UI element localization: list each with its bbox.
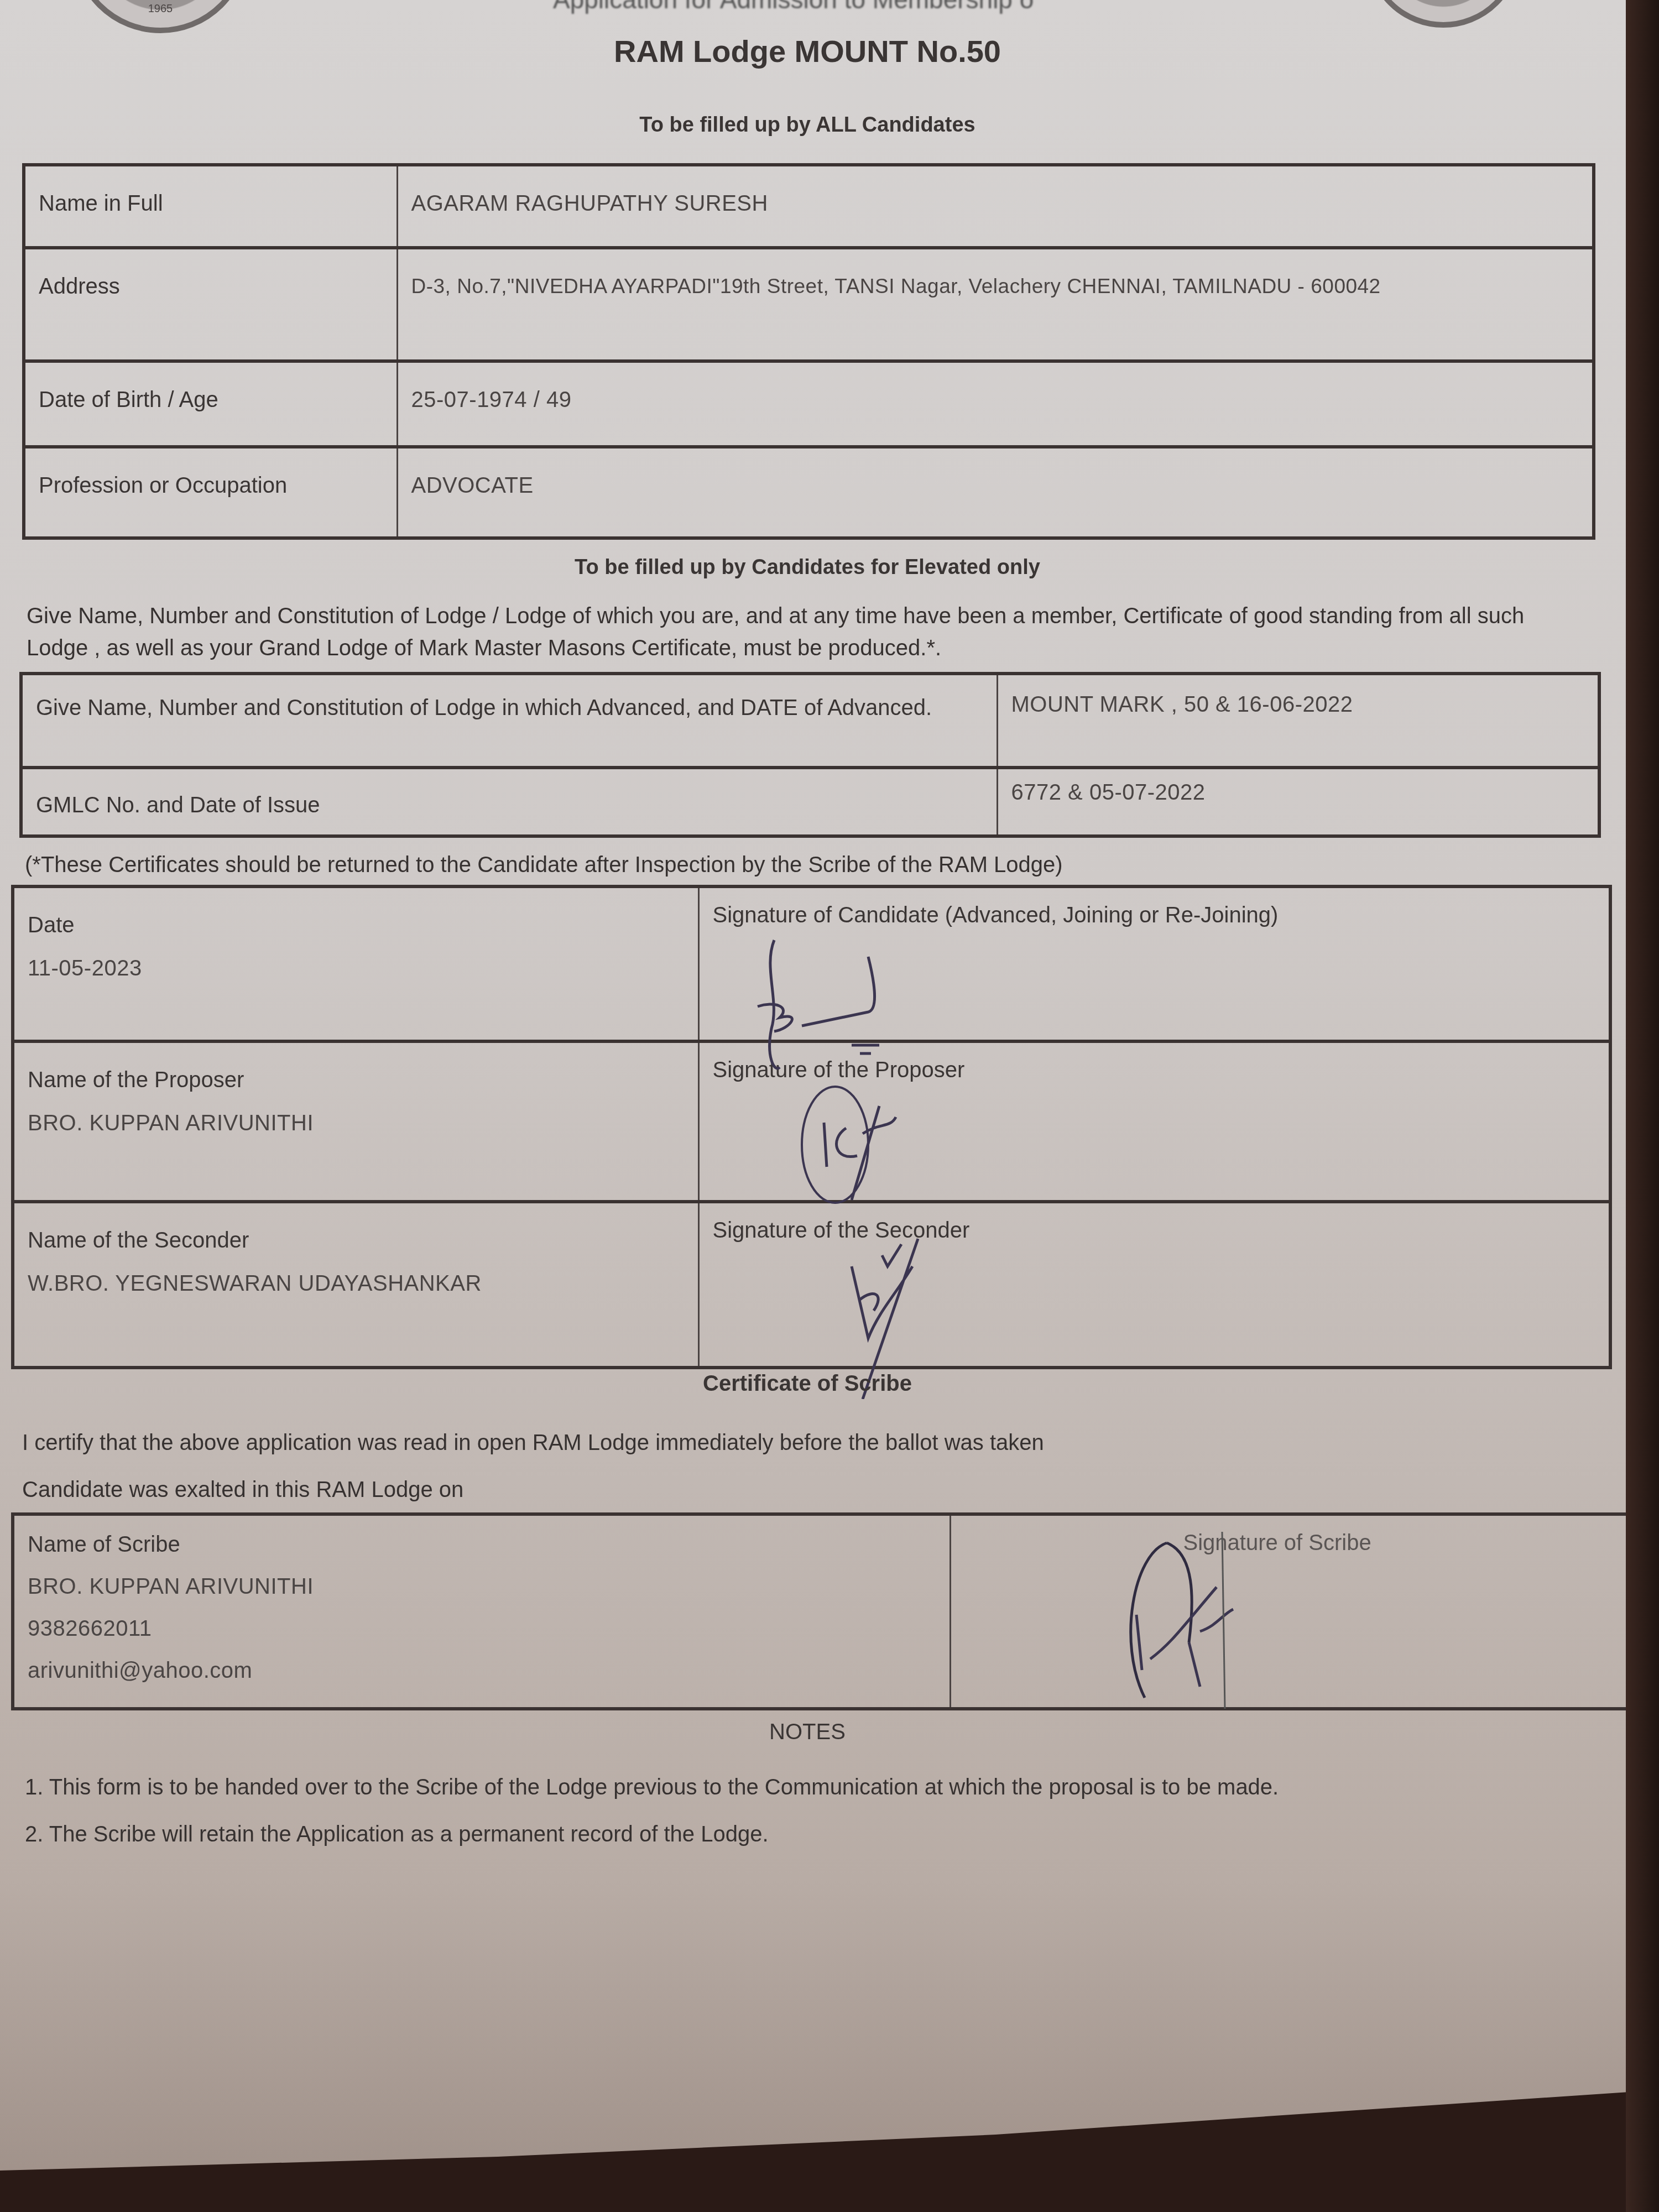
dob-age-value: 25-07-1974 / 49: [397, 361, 1594, 447]
date-cell: Date 11-05-2023: [13, 886, 698, 1041]
table-row: Name of the Proposer BRO. KUPPAN ARIVUNI…: [13, 1041, 1610, 1202]
form-header-partial: Application for Admission to Membership …: [553, 0, 1034, 14]
signatures-table: Date 11-05-2023 Signature of Candidate (…: [11, 885, 1612, 1369]
proposer-cell: Name of the Proposer BRO. KUPPAN ARIVUNI…: [13, 1041, 698, 1202]
field-label: Address: [24, 248, 397, 361]
field-label: Name of the Seconder: [28, 1219, 685, 1262]
address-value: D-3, No.7,"NIVEDHA AYARPADI"19th Street,…: [397, 248, 1594, 361]
scribe-statement-exalted: Candidate was exalted in this RAM Lodge …: [22, 1474, 463, 1506]
date-value: 11-05-2023: [28, 947, 685, 990]
name-in-full-value: AGARAM RAGHUPATHY SURESH: [397, 165, 1594, 248]
field-label: Date of Birth / Age: [24, 361, 397, 447]
scribe-certificate-heading: Certificate of Scribe: [0, 1371, 1615, 1396]
elevated-instructions: Give Name, Number and Constitution of Lo…: [27, 600, 1586, 664]
section-heading-elevated: To be filled up by Candidates for Elevat…: [0, 556, 1615, 580]
field-label: GMLC No. and Date of Issue: [21, 768, 997, 836]
field-label: Give Name, Number and Constitution of Lo…: [21, 674, 997, 768]
table-surface-edge: [1626, 0, 1659, 2212]
field-label: Signature of the Proposer: [713, 1048, 1596, 1092]
elevated-details-table: Give Name, Number and Constitution of Lo…: [19, 672, 1601, 838]
table-row: Date of Birth / Age 25-07-1974 / 49: [24, 361, 1594, 447]
seconder-signature-cell: Signature of the Seconder: [698, 1202, 1610, 1368]
lodge-emblem-left-icon: 1965: [72, 0, 249, 33]
proposer-name-value: BRO. KUPPAN ARIVUNITHI: [28, 1102, 685, 1145]
field-label: Name of Scribe: [28, 1524, 936, 1566]
proposer-signature-cell: Signature of the Proposer: [698, 1041, 1610, 1202]
note-item: 2. The Scribe will retain the Applicatio…: [25, 1822, 769, 1847]
seconder-cell: Name of the Seconder W.BRO. YEGNESWARAN …: [13, 1202, 698, 1368]
note-item: 1. This form is to be handed over to the…: [25, 1775, 1279, 1800]
scribe-name-value: BRO. KUPPAN ARIVUNITHI: [28, 1566, 936, 1608]
scribe-details-cell: Name of Scribe BRO. KUPPAN ARIVUNITHI 93…: [13, 1514, 950, 1709]
field-label: Date: [28, 904, 685, 947]
scribe-signature-cell: Signature of Scribe: [950, 1514, 1632, 1709]
section-heading-all-candidates: To be filled up by ALL Candidates: [0, 113, 1615, 137]
table-row: Address D-3, No.7,"NIVEDHA AYARPADI"19th…: [24, 248, 1594, 361]
advanced-lodge-value: MOUNT MARK , 50 & 16-06-2022: [997, 674, 1599, 768]
field-label: Name of the Proposer: [28, 1058, 685, 1102]
paper-sheet: 1965 Application for Admission to Member…: [0, 0, 1637, 2212]
page-title: RAM Lodge MOUNT No.50: [0, 33, 1615, 69]
field-label: Name in Full: [24, 165, 397, 248]
scribe-phone-value: 9382662011: [28, 1608, 936, 1650]
scribe-email-value: arivunithi@yahoo.com: [28, 1650, 936, 1692]
certificates-footnote: (*These Certificates should be returned …: [25, 849, 1063, 881]
field-label: Signature of Candidate (Advanced, Joinin…: [713, 894, 1596, 937]
gmlc-value: 6772 & 05-07-2022: [997, 768, 1599, 836]
field-label: Signature of the Seconder: [713, 1209, 1596, 1252]
table-row: Give Name, Number and Constitution of Lo…: [21, 674, 1599, 768]
occupation-value: ADVOCATE: [397, 447, 1594, 538]
field-label: Profession or Occupation: [24, 447, 397, 538]
lodge-emblem-right-icon: [1366, 0, 1521, 28]
notes-heading: NOTES: [0, 1720, 1615, 1745]
table-row: Date 11-05-2023 Signature of Candidate (…: [13, 886, 1610, 1041]
emblem-year: 1965: [77, 3, 243, 15]
scribe-table: Name of Scribe BRO. KUPPAN ARIVUNITHI 93…: [11, 1512, 1634, 1710]
table-row: Profession or Occupation ADVOCATE: [24, 447, 1594, 538]
seconder-name-value: W.BRO. YEGNESWARAN UDAYASHANKAR: [28, 1262, 685, 1305]
table-row: Name in Full AGARAM RAGHUPATHY SURESH: [24, 165, 1594, 248]
table-row: GMLC No. and Date of Issue 6772 & 05-07-…: [21, 768, 1599, 836]
table-row: Name of the Seconder W.BRO. YEGNESWARAN …: [13, 1202, 1610, 1368]
scribe-statement-read: I certify that the above application was…: [22, 1427, 1044, 1459]
candidate-details-table: Name in Full AGARAM RAGHUPATHY SURESH Ad…: [22, 163, 1595, 540]
field-label: Signature of Scribe: [1183, 1521, 1618, 1564]
table-row: Name of Scribe BRO. KUPPAN ARIVUNITHI 93…: [13, 1514, 1632, 1709]
candidate-signature-cell: Signature of Candidate (Advanced, Joinin…: [698, 886, 1610, 1041]
